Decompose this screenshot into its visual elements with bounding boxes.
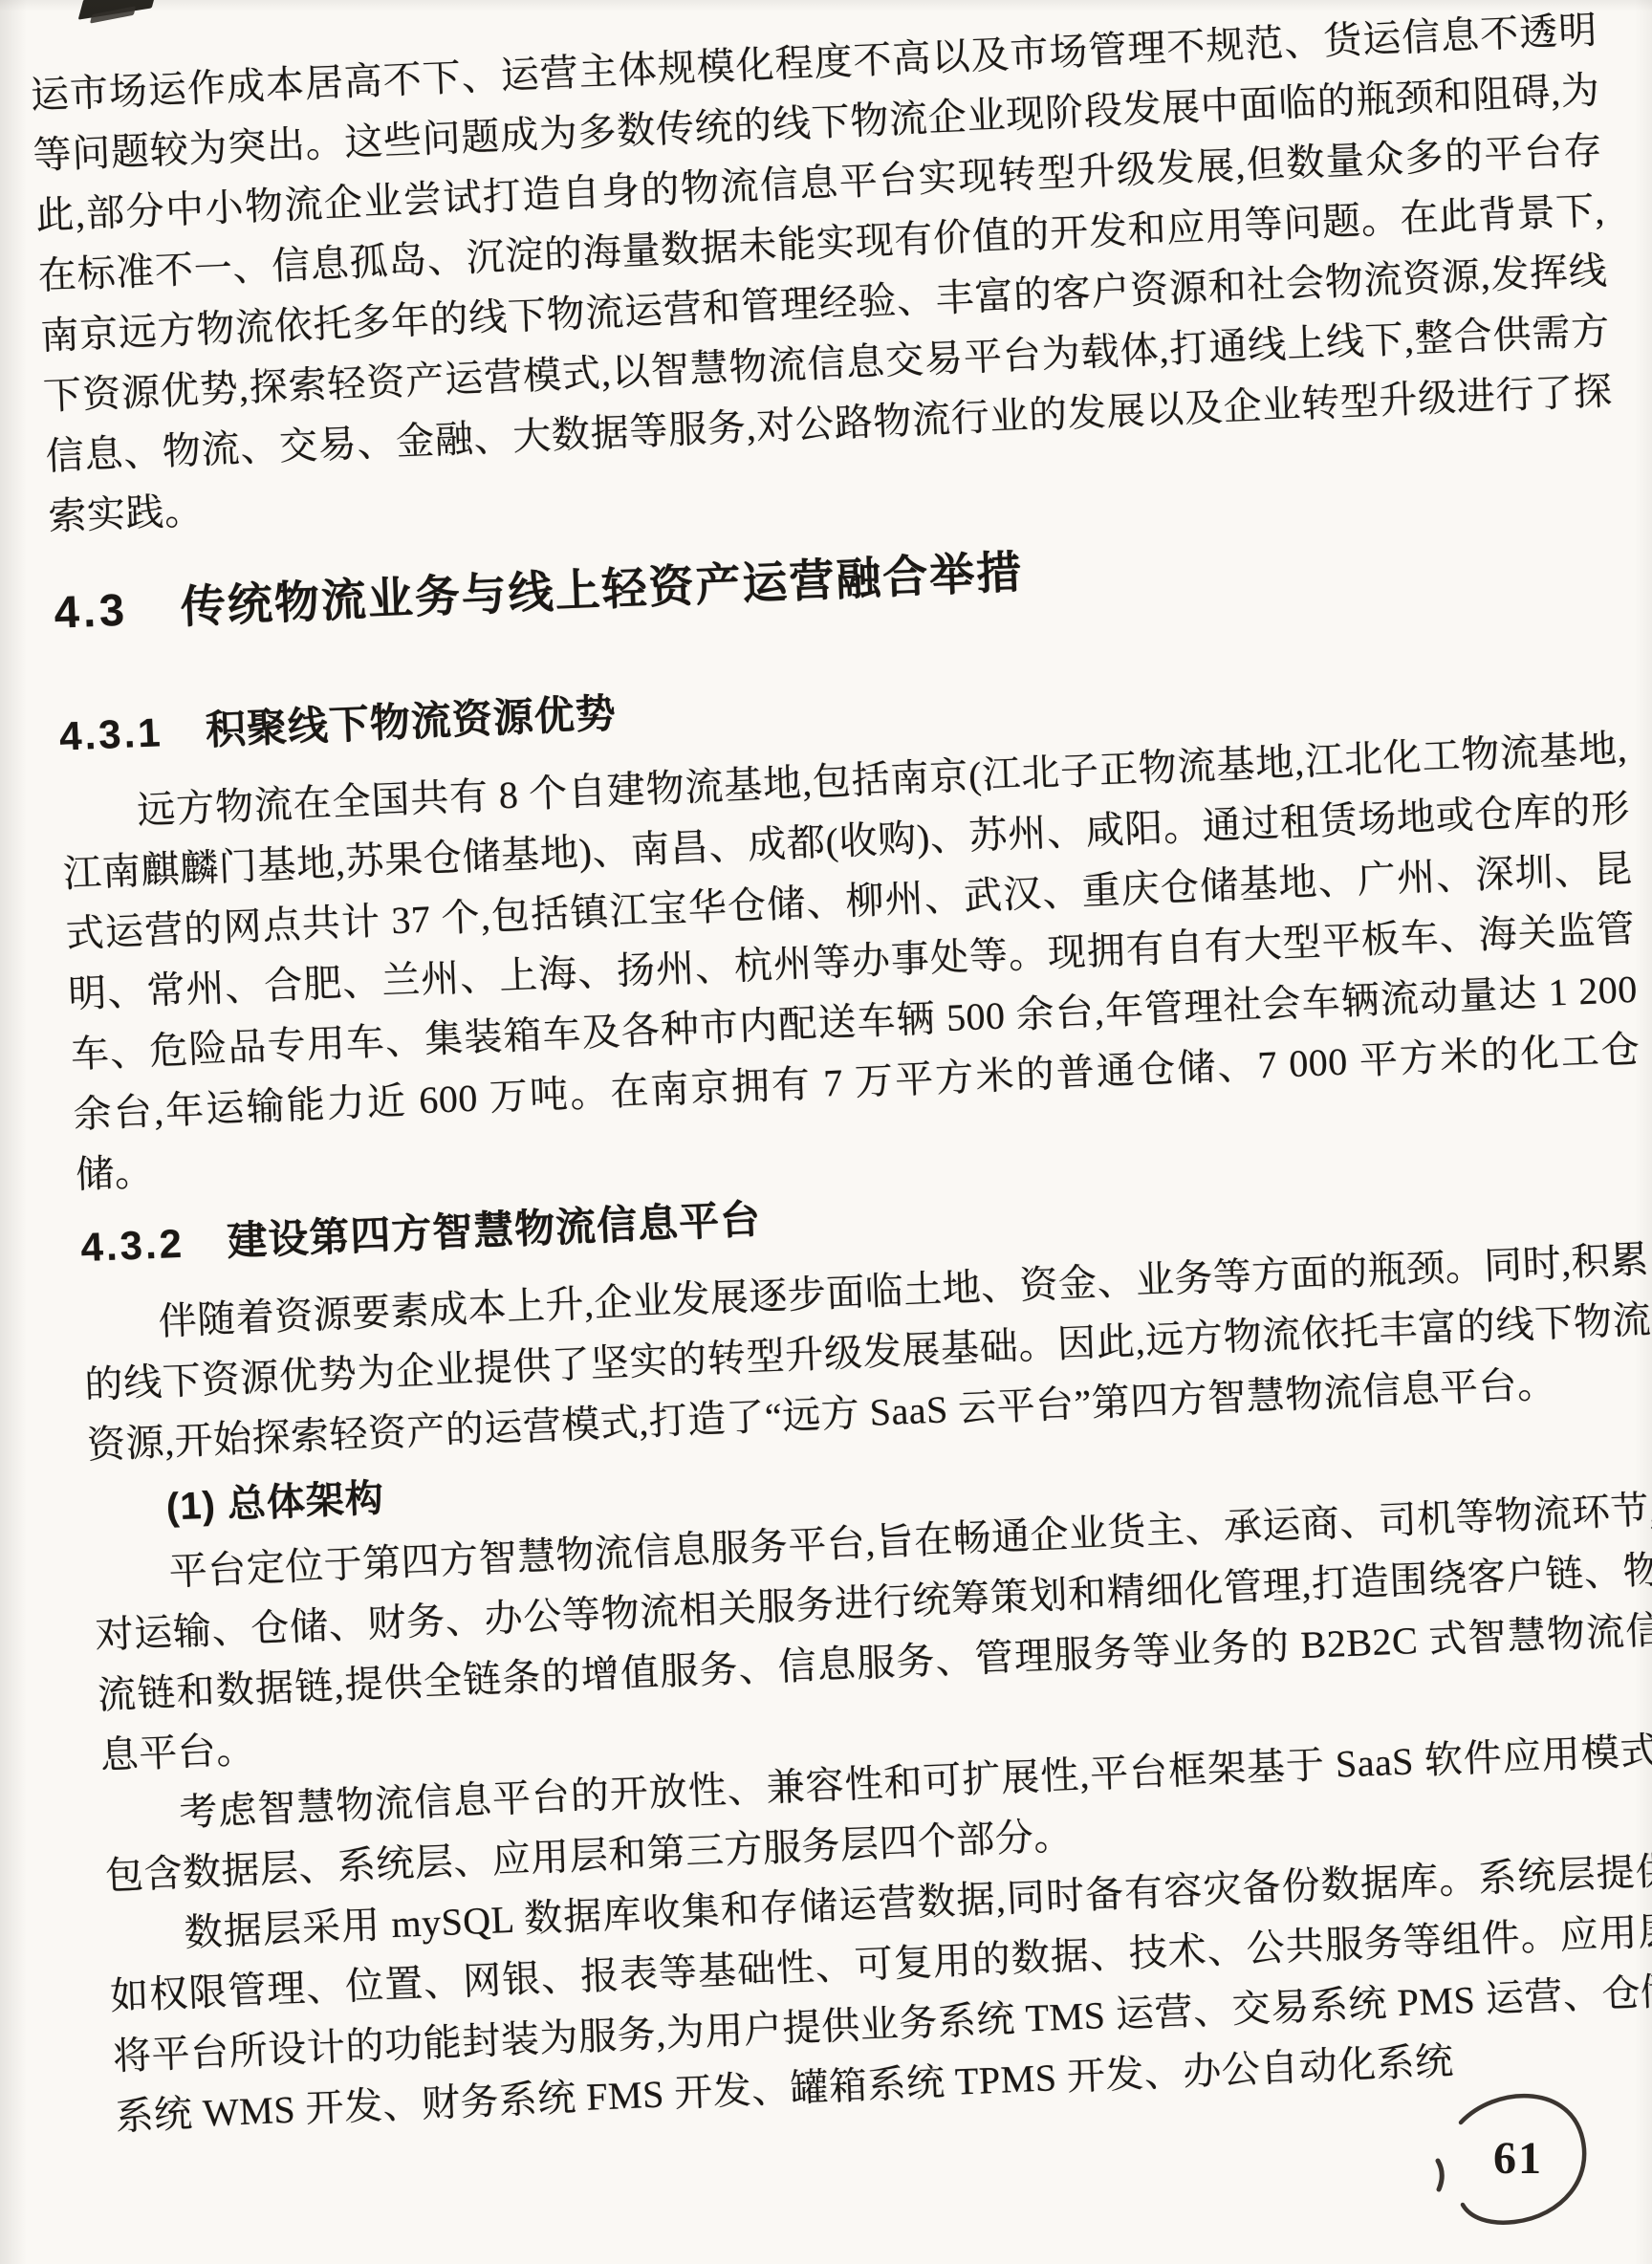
page-number-badge: 61 (1411, 2086, 1602, 2237)
book-page: 运市场运作成本居高不下、运营主体规模化程度不高以及市场管理不规范、货运信息不透明… (0, 0, 1652, 2264)
subsection-431-title: 积聚线下物流资源优势 (205, 690, 618, 752)
page-number: 61 (1493, 2132, 1543, 2185)
continued-paragraph: 运市场运作成本居高不下、运营主体规模化程度不高以及市场管理不规范、货运信息不透明… (30, 0, 1617, 547)
scan-corner-artifact (78, 0, 158, 20)
paragraph-431: 远方物流在全国共有 8 个自建物流基地,包括南京(江北子正物流基地,江北化工物流… (59, 718, 1643, 1205)
subsection-431-number: 4.3.1 (58, 709, 163, 758)
section-heading: 4.3 传统物流业务与线上轻资产运营融合举措 (53, 519, 1619, 641)
page-content: 运市场运作成本居高不下、运营主体规模化程度不高以及市场管理不规范、货运信息不透明… (30, 0, 1652, 2146)
section-title: 传统物流业务与线上轻资产运营融合举措 (180, 546, 1024, 632)
subsection-432-title: 建设第四方智慧物流信息平台 (227, 1196, 762, 1263)
section-number: 4.3 (54, 584, 129, 638)
subsection-432-number: 4.3.2 (80, 1221, 185, 1270)
